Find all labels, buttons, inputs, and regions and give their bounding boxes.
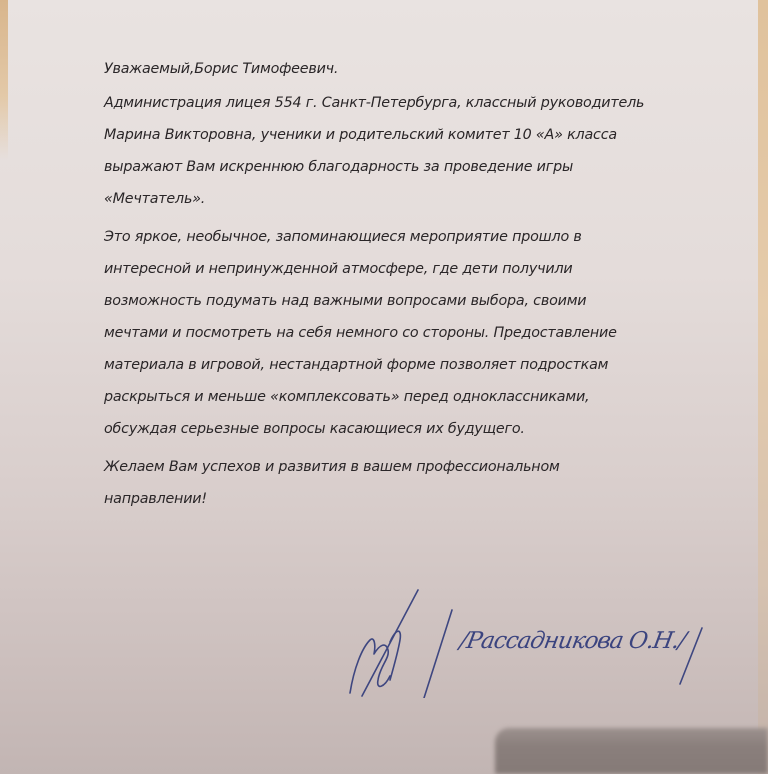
signature-name: /Рассадникова О.Н./ <box>458 628 688 654</box>
paragraph-event-description: Это яркое, необычное, запоминающиеся мер… <box>104 225 724 449</box>
text-line: Желаем Вам успехов и развития в вашем пр… <box>104 455 724 487</box>
text-line: направлении! <box>104 487 724 519</box>
signature-block: /Рассадникова О.Н./ <box>340 588 720 698</box>
hand-shadow <box>495 728 768 774</box>
paragraph-gratitude: Администрация лицея 554 г. Санкт-Петербу… <box>104 91 724 219</box>
letter-body: Уважаемый,Борис Тимофеевич. Администраци… <box>104 57 724 519</box>
text-line: «Мечтатель». <box>104 187 724 219</box>
text-line: мечтами и посмотреть на себя немного со … <box>104 321 724 353</box>
text-line: возможность подумать над важными вопроса… <box>104 289 724 321</box>
text-line: обсуждая серьезные вопросы касающиеся их… <box>104 417 724 449</box>
text-line: Администрация лицея 554 г. Санкт-Петербу… <box>104 91 724 123</box>
text-line: Это яркое, необычное, запоминающиеся мер… <box>104 225 724 257</box>
text-line: Марина Викторовна, ученики и родительски… <box>104 123 724 155</box>
text-line: интересной и непринужденной атмосфере, г… <box>104 257 724 289</box>
text-line: выражают Вам искреннюю благодарность за … <box>104 155 724 187</box>
text-line: материала в игровой, нестандартной форме… <box>104 353 724 385</box>
wooden-table-edge-left <box>0 0 8 160</box>
letter-greeting: Уважаемый,Борис Тимофеевич. <box>104 57 724 91</box>
paragraph-wishes: Желаем Вам успехов и развития в вашем пр… <box>104 455 724 519</box>
text-line: раскрыться и меньше «комплексовать» пере… <box>104 385 724 417</box>
